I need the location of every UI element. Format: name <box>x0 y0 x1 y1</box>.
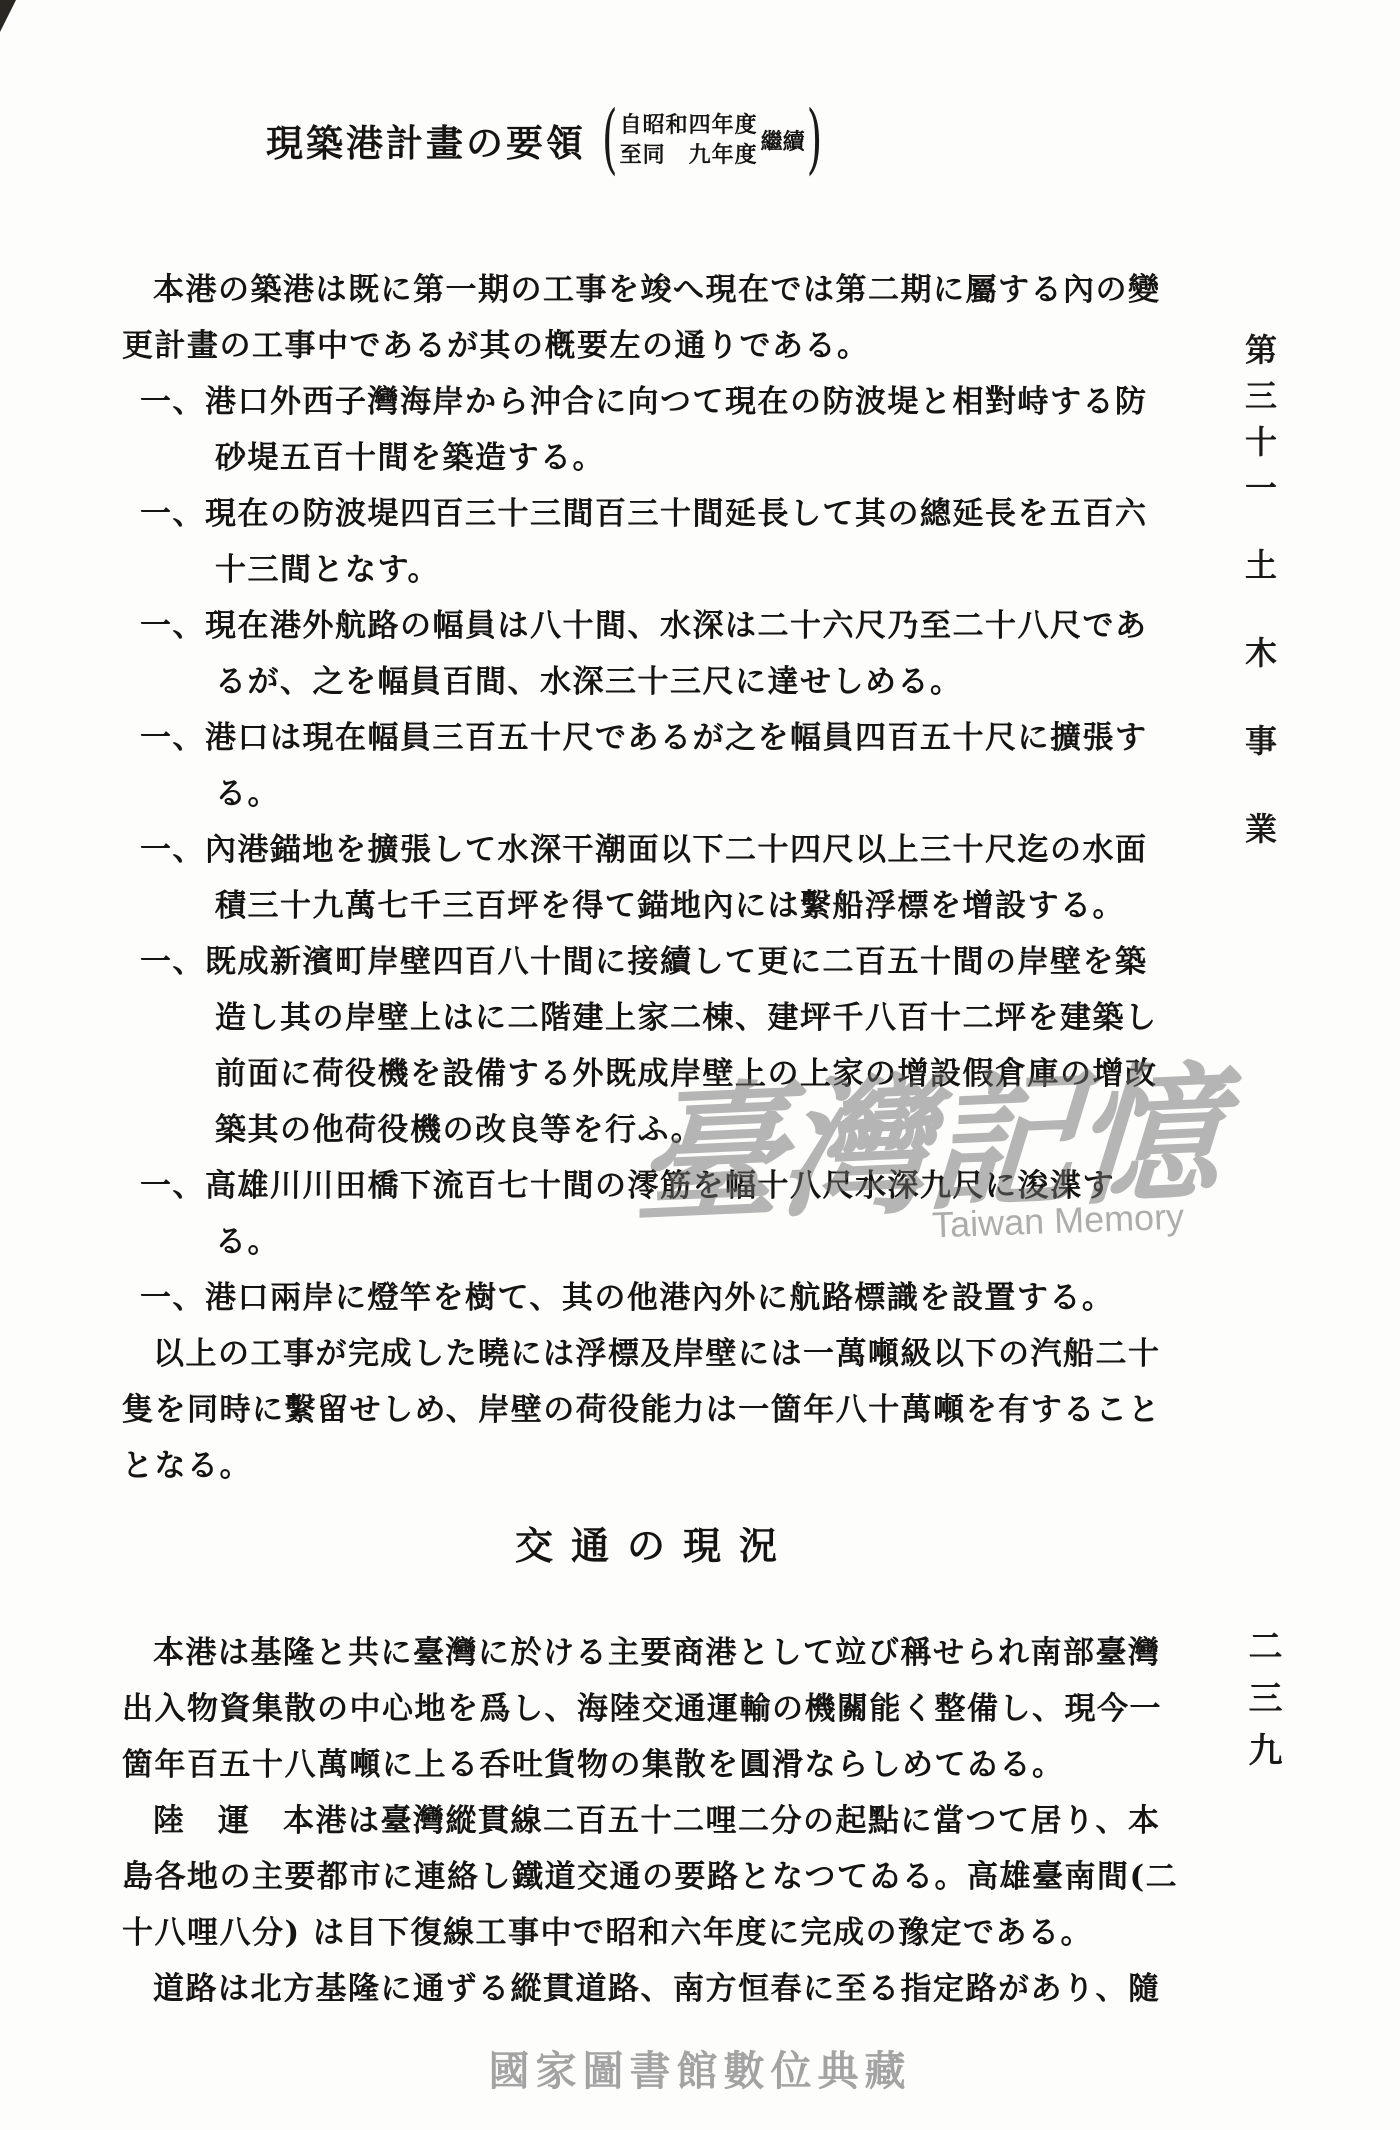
plan-item-line: 積三十九萬七千三百坪を得て錨地內には繫船浮標を增設する。 <box>122 878 1188 934</box>
plan-item-line: 造し其の岸壁上はに二階建上家二棟、建坪千八百十二坪を建築し <box>122 990 1188 1046</box>
annotation-line-2: 至同 九年度 <box>620 142 758 168</box>
close-paren: ) <box>805 102 825 178</box>
plan-item-line: 築其の他荷役機の改良等を行ふ。 <box>122 1102 1188 1158</box>
text-line: 陸 運 本港は臺灣縱貫線二百五十二哩二分の起點に當つて居り、本 <box>122 1793 1188 1849</box>
text-line: 本港は基隆と共に臺灣に於ける主要商港として竝び稱せられ南部臺灣 <box>122 1625 1188 1681</box>
traffic-section-heading: 交通の現況 <box>515 1512 795 1580</box>
text-line: 箇年百五十八萬噸に上る呑吐貨物の集散を圓滑ならしめてゐる。 <box>122 1737 1188 1793</box>
text-line: 隻を同時に繫留せしめ、岸壁の荷役能力は一箇年八十萬噸を有すること <box>122 1382 1188 1438</box>
plan-item-line: 一、既成新濱町岸壁四百八十間に接續して更に二百五十間の岸壁を築 <box>122 934 1188 990</box>
document-body: 本港の築港は既に第一期の工事を竣へ現在では第二期に屬する內の變 更計畫の工事中で… <box>122 262 1188 2017</box>
text-line: 以上の工事が完成した曉には浮標及岸壁には一萬噸級以下の汽船二十 <box>122 1326 1188 1382</box>
page-title: 現築港計畫の要領 <box>266 113 586 167</box>
text-line: 道路は北方基隆に通ずる縱貫道路、南方恒春に至る指定路があり、隨 <box>122 1961 1188 2017</box>
plan-item-line: 一、現在港外航路の幅員は八十間、水深は二十六尺乃至二十八尺であ <box>122 598 1188 654</box>
plan-item-line: 一、現在の防波堤四百三十三間百三十間延長して其の總延長を五百六 <box>122 486 1188 542</box>
scanned-document-page: 現築港計畫の要領 ( 自昭和四年度 至同 九年度 繼續 ) 第三十一 土木事業 … <box>0 0 1400 2130</box>
title-annotation-lines: 自昭和四年度 至同 九年度 <box>620 112 758 168</box>
open-paren: ( <box>600 102 620 178</box>
text-line: 島各地の主要都市に連絡し鐵道交通の要路となつてゐる。高雄臺南間(二 <box>122 1849 1188 1905</box>
text-line: 出入物資集散の中心地を爲し、海陸交通運輸の機關能く整備し、現今一 <box>122 1681 1188 1737</box>
plan-item-line: 前面に荷役機を設備する外既成岸壁上の上家の增設假倉庫の增改 <box>122 1046 1188 1102</box>
margin-page-number: 二三九 <box>1238 1628 1287 1784</box>
plan-item-line: 一、港口兩岸に燈竿を樹て、其の他港內外に航路標識を設置する。 <box>122 1270 1188 1326</box>
annotation-line-1: 自昭和四年度 <box>620 112 758 138</box>
plan-item-line: るが、之を幅員百間、水深三十三尺に達せしめる。 <box>122 654 1188 710</box>
text-line: 更計畫の工事中であるが其の槪要左の通りである。 <box>122 318 1188 374</box>
plan-item-line: 一、港口は現在幅員三百五十尺であるが之を幅員四百五十尺に擴張す <box>122 710 1188 766</box>
document-title-row: 現築港計畫の要領 ( 自昭和四年度 至同 九年度 繼續 ) <box>266 112 824 168</box>
plan-item-line: る。 <box>122 1214 1188 1270</box>
plan-item-line: 一、港口外西子灣海岸から沖合に向つて現在の防波堤と相對峙する防 <box>122 374 1188 430</box>
plan-item-line: 砂堤五百十間を築造する。 <box>122 430 1188 486</box>
margin-chapter-label: 第三十一 <box>1236 333 1282 517</box>
plan-item-line: 一、高雄川川田橋下流百七十間の澪筋を幅十八尺水深九尺に浚渫す <box>122 1158 1188 1214</box>
text-line: 十八哩八分) は目下復線工事中で昭和六年度に完成の豫定である。 <box>122 1905 1188 1961</box>
plan-item-line: 十三間となす。 <box>122 542 1188 598</box>
section-heading-row: 交通の現況 <box>122 1512 1188 1580</box>
library-footer-watermark: 國家圖書館數位典藏 <box>0 2038 1400 2097</box>
scan-corner-artifact <box>0 0 16 32</box>
text-line: 本港の築港は既に第一期の工事を竣へ現在では第二期に屬する內の變 <box>122 262 1188 318</box>
title-annotation: ( 自昭和四年度 至同 九年度 繼續 ) <box>600 112 824 168</box>
annotation-suffix: 繼續 <box>761 125 805 156</box>
plan-item-line: る。 <box>122 766 1188 822</box>
margin-section-label: 土木事業 <box>1236 548 1282 900</box>
text-line: となる。 <box>122 1438 1188 1494</box>
plan-item-line: 一、內港錨地を擴張して水深干潮面以下二十四尺以上三十尺迄の水面 <box>122 822 1188 878</box>
